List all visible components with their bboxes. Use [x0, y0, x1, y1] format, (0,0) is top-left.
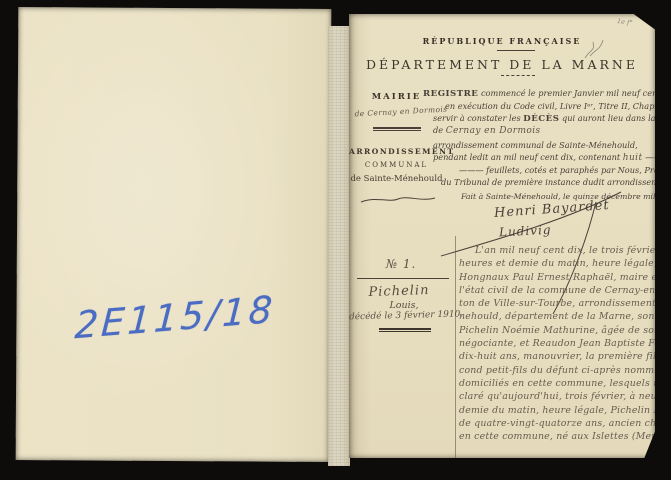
act-body-text: L'an mil neuf cent dix, le trois février… [459, 244, 655, 443]
act-line: nehould, département de la Marne, sont c… [459, 310, 655, 323]
ornament-rule [501, 75, 535, 76]
left-page: 2E115/18 [16, 7, 332, 462]
act-line: claré qu'aujourd'hui, trois février, à n… [459, 390, 655, 403]
act-line: Hongnaux Paul Ernest Raphaël, maire et o… [459, 271, 655, 284]
book-scan: 2E115/18 1e f° RÉPUBLIQUE FRANÇAISE DÉPA… [0, 0, 671, 480]
act-line: en cette commune, né aux Islettes (Meuse… [459, 430, 655, 443]
registre-line-2: en exécution du Code civil, Livre Iᵉʳ, T… [445, 101, 655, 111]
act-deceased-surname: Pichelin [349, 282, 449, 300]
act-margin-rule [357, 278, 449, 279]
signature-president: Henri Bayardet [494, 198, 611, 221]
feuillets-count-handwritten: huit [623, 153, 643, 163]
registre-line-1: REGISTRE commencé le premier Janvier mil… [423, 88, 655, 99]
binding-tape [328, 26, 350, 466]
header-rule [497, 50, 535, 51]
mairie-rule [373, 127, 421, 131]
act-line: Pichelin Noémie Mathurine, âgée de soixa… [459, 324, 655, 337]
act-line: négociante, et Reaudon Jean Baptiste Fer… [459, 337, 655, 350]
act-line: heures et demie du matin, heure légale, … [459, 257, 655, 270]
department-title: DÉPARTEMENT DE LA MARNE [349, 57, 655, 72]
act-margin-double-rule [379, 328, 431, 332]
act-line: domiciliés en cette commune, lesquels no… [459, 377, 655, 390]
fait-line: Fait à Sainte-Ménehould, le quinze décem… [461, 192, 655, 201]
registre-line-8: du Tribunal de première instance dudit a… [441, 177, 655, 187]
archive-reference-label: 2E115/18 [74, 288, 277, 348]
act-separator-line [455, 236, 456, 458]
act-line: L'an mil neuf cent dix, le trois février… [459, 244, 655, 257]
signature-greffier: Ludivig [499, 223, 552, 240]
registre-line-3: servir à constater les DÉCÈS qui auront … [433, 113, 655, 124]
registre-line-6: pendant ledit an mil neuf cent dix, cont… [433, 152, 655, 163]
commune-handwritten: Cernay en Dormois [446, 126, 541, 136]
pencil-folio-note: 1e f° [617, 17, 634, 27]
registre-word: REGISTRE [423, 89, 478, 99]
act-line: l'état civil de la commune de Cernay-en-… [459, 284, 655, 297]
arrondissement-commune-label: de Sainte-Ménehould [349, 174, 444, 184]
registre-line-7: ——— feuillets, cotés et paraphés par Nou… [459, 165, 655, 175]
act-line: de quatre-vingt-quatorze ans, ancien cha… [459, 417, 655, 430]
act-number: № 1. [349, 257, 453, 271]
act-line: cond petit-fils du défunt ci-après nommé… [459, 364, 655, 377]
communal-label: COMMUNAL [349, 161, 444, 169]
act-death-date: décédé le 3 février 1910. [349, 310, 453, 323]
act-line: ton de Ville-sur-Tourbe, arrondissement … [459, 297, 655, 310]
flourish-swash [359, 194, 437, 206]
deces-word: DÉCÈS [523, 114, 559, 124]
registre-line-4: de Cernay en Dormois [433, 125, 541, 136]
act-line: dix-huit ans, manouvrier, la première fi… [459, 350, 655, 363]
arrondissement-label: ARRONDISSEMENT [349, 147, 444, 156]
registre-line-5: arrondissement communal de Sainte-Méneho… [433, 140, 638, 150]
right-page: 1e f° RÉPUBLIQUE FRANÇAISE DÉPARTEMENT D… [349, 14, 655, 458]
republic-title: RÉPUBLIQUE FRANÇAISE [349, 36, 655, 46]
act-line: demie du matin, heure légale, Pichelin L… [459, 404, 655, 417]
